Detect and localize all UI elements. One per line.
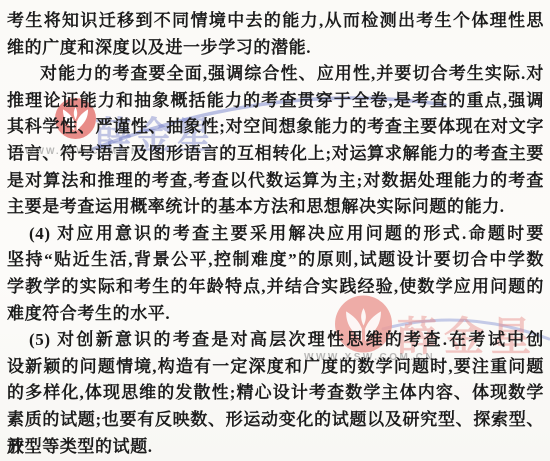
text-line: 设新颖的问题情境,构造有一定深度和广度的数学问题时,要注重问题 <box>7 354 544 381</box>
text-line: 推理论证能力和抽象概括能力的考查贯穿于全卷,是考查的重点,强调 <box>7 88 544 115</box>
text-line: 语言、符号语言及图形语言的互相转化上;对运算求解能力的考查主要 <box>7 141 544 168</box>
text-line: (5) 对创新意识的考查是对高层次理性思维的考查.在考试中创 <box>7 327 544 354</box>
text-line: 考生将知识迁移到不同情境中去的能力,从而检测出考生个体理性思 <box>7 8 544 35</box>
text-line: 主要是考查运用概率统计的基本方法和思想解决实际问题的能力. <box>7 194 544 221</box>
text-line: 坚持“贴近生活,背景公平,控制难度”的原则,试题设计要切合中学数 <box>7 247 544 274</box>
text-line: 放型等类型的试题. <box>7 434 544 461</box>
text-line: 学教学的实际和考生的年龄特点,并结合实践经验,使数学应用问题的 <box>7 274 544 301</box>
document-page: 薛金星 WWW.XSW.COM.CN 薛金星 WWW.XSW.COM.CN 考生… <box>0 0 550 461</box>
text-line: 对能力的考查要全面,强调综合性、应用性,并要切合考生实际.对 <box>7 61 544 88</box>
text-line: (4) 对应用意识的考查主要采用解决应用问题的形式.命题时要 <box>7 221 544 248</box>
text-line: 是对算法和推理的考查,考查以代数运算为主;对数据处理能力的考查 <box>7 168 544 195</box>
text-line: 维的广度和深度以及进一步学习的潜能. <box>7 35 544 62</box>
text-line: 其科学性、严谨性、抽象性;对空间想象能力的考查主要体现在对文字 <box>7 114 544 141</box>
document-text: 考生将知识迁移到不同情境中去的能力,从而检测出考生个体理性思 维的广度和深度以及… <box>0 0 550 461</box>
text-line: 难度符合考生的水平. <box>7 301 544 328</box>
text-line: 的多样化,体现思维的发散性;精心设计考查数学主体内容、体现数学 <box>7 380 544 407</box>
text-line: 素质的试题;也要有反映数、形运动变化的试题以及研究型、探索型、开 <box>7 407 544 434</box>
